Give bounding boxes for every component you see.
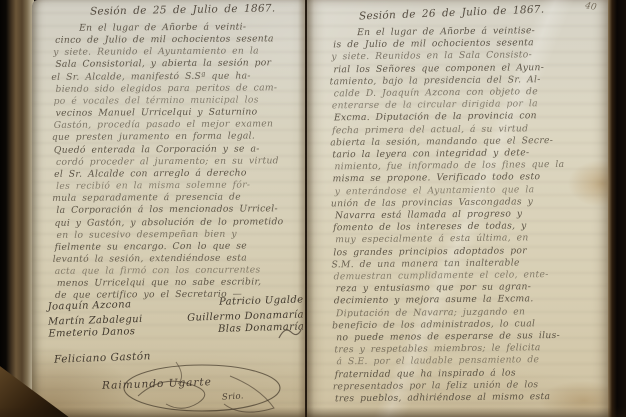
signature-block: Joaquín AzconaPatricio UgaldeMartín Zaba… (47, 294, 304, 343)
book-cover-edge-right (608, 0, 626, 417)
right-body-text: En el lugar de Añorbe á veintise-is de J… (331, 25, 589, 406)
left-session-header: Sesión de 25 de Julio de 1867. (90, 2, 276, 17)
handwritten-line: menos Urricelqui que no sabe escribir, (57, 276, 301, 290)
left-body-text: En el lugar de Añorbe á veinti-cinco de … (53, 21, 299, 302)
left-page: Sesión de 25 de Julio de 1867. En el lug… (32, 0, 305, 417)
manuscript-book-photo: Sesión de 25 de Julio de 1867. En el lug… (0, 0, 626, 417)
right-page: 40 Sesión de 26 de Julio de 1867. En el … (307, 0, 608, 417)
signature-name: Patricio Ugalde (219, 294, 304, 307)
secretary-title: Srio. (222, 391, 244, 402)
signature-name: Joaquín Azcona (47, 299, 131, 312)
secretary-rubric: Raimundo Ugarte Srio. (80, 360, 292, 416)
right-session-header: Sesión de 26 de Julio de 1867. (359, 3, 545, 22)
folio-number: 40 (584, 1, 597, 13)
handwritten-line: la Corporación á los mencionados Urricel… (56, 203, 300, 217)
signature-name: Martín Zabalegui (48, 313, 143, 327)
handwritten-line: cordó proceder al juramento; en su virtu… (56, 155, 300, 169)
book-spine-left (0, 0, 34, 417)
paraph-mark-icon (277, 326, 303, 342)
signature-name: Emeterio Danos (48, 326, 135, 339)
handwritten-line: en lo sucesivo desempeñan bien y (56, 228, 300, 242)
handwritten-line: que presten juramento en forma legal. (52, 131, 296, 145)
